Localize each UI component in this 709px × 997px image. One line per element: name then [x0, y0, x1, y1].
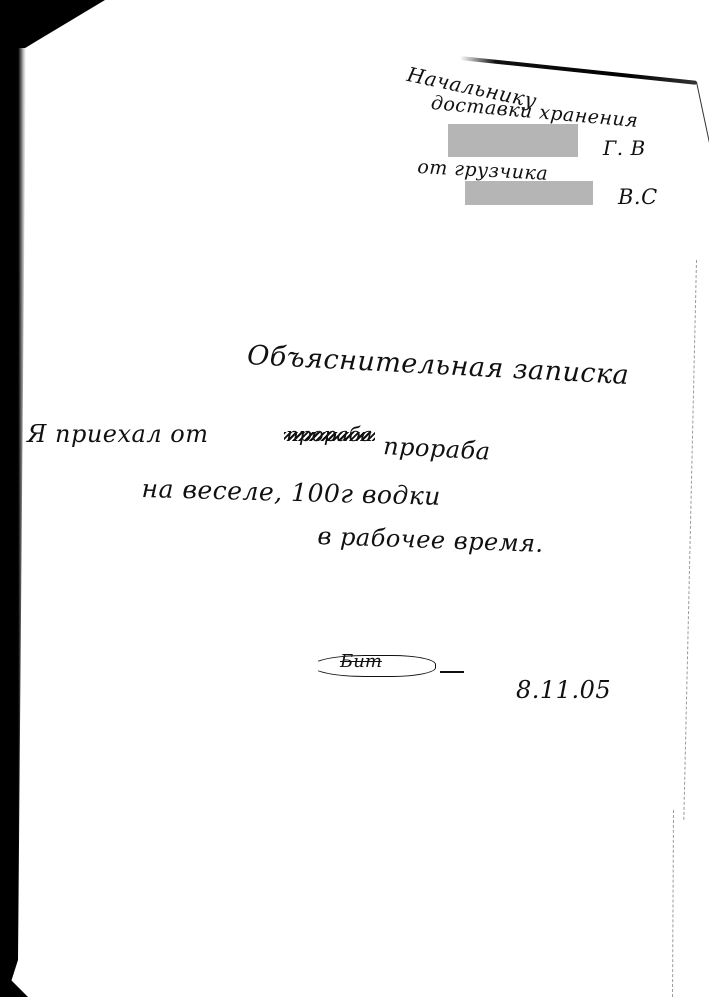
recipient-initials: Г. В — [603, 136, 646, 160]
body-line-1-end: прораба — [383, 432, 492, 466]
document-date: 8.11.05 — [516, 676, 611, 704]
signature: Бит — [312, 651, 462, 683]
sender-initials: В.С — [618, 185, 658, 209]
body-line-1-start: Я приехал от — [27, 420, 208, 448]
redacted-sender-surname — [465, 181, 593, 205]
signature-text: Бит — [340, 651, 382, 672]
page-fold-line — [683, 260, 697, 820]
crossed-out-word: прораба — [286, 422, 373, 446]
page-fold-line — [672, 810, 674, 997]
folded-corner-crease — [696, 82, 709, 200]
signature-dash — [440, 671, 464, 673]
document-page: Начальнику доставки хранения Г. В от гру… — [0, 0, 709, 997]
redacted-recipient-surname — [448, 124, 578, 157]
body-line-2: на веселе, 100г водки — [141, 474, 441, 511]
document-title: Объяснительная записка — [246, 340, 630, 391]
body-line-3: в рабочее время. — [317, 522, 544, 558]
